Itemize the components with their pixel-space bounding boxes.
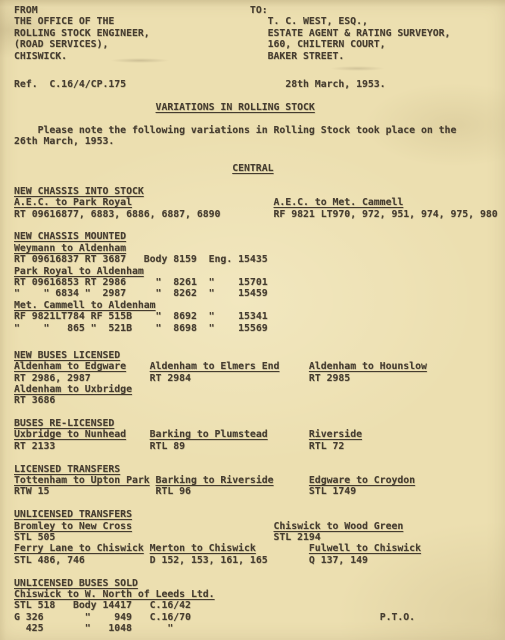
route-weymann-aldenham-text: Weymann to Aldenham [14,243,126,254]
park-royal-aldenham-row-1-col5: 15701 [238,277,268,288]
park-royal-aldenham-row-2-col3: 8262 [173,288,197,299]
blank [14,220,505,231]
licensed-transfers-fleet-numbers: RTW 15RTL 96STL 1749 [14,486,505,497]
unlicensed-transfers-routes-2-col1: Ferry Lane to Chiswick [14,543,144,554]
unlicensed-transfers-fleet-numbers-2-col1: STL 486, 746 [14,555,85,566]
park-royal-aldenham-row-2: " " 6834 " 2987"8262"15459 [14,288,505,299]
unlicensed-transfers-fleet-numbers-1-col2: STL 2194 [274,532,321,543]
unlicensed-transfers-fleet-numbers-1-col1: STL 505 [14,532,55,543]
region-central: CENTRAL [232,163,273,174]
met-cammell-aldenham-row-2-col3: 8698 [173,323,197,334]
section-new-buses-licensed: NEW BUSES LICENSED [14,350,505,361]
route-met-cammell-aldenham: Met. Cammell to Aldenham [14,300,505,311]
route-park-royal-aldenham: Park Royal to Aldenham [14,266,505,277]
blank [14,498,505,509]
unlicensed-transfers-routes-1: Bromley to New CrossChiswick to Wood Gre… [14,521,505,532]
unlicensed-transfers-routes-2-col3: Fulwell to Chiswick [309,543,421,554]
letter-title: VARIATIONS IN ROLLING STOCK [156,102,315,113]
section-licensed-transfers: LICENSED TRANSFERS [14,464,505,475]
blank [14,148,505,159]
licensed-transfers-routes-col2: Barking to Riverside [156,475,274,486]
park-royal-aldenham-row-2-col5: 15459 [238,288,268,299]
buses-sold-row-3-col2: " [85,623,91,634]
ref-number: Ref. C.16/4/CP.175 [14,79,126,90]
licensed-transfers-fleet-numbers-col1: RTW 15 [14,486,49,497]
park-royal-aldenham-row-2-col4: " [209,288,215,299]
sender-line-1: THE OFFICE OF THE [14,16,114,27]
recipient-title: ESTATE AGENT & RATING SURVEYOR, [268,28,451,39]
met-cammell-aldenham-row-2-col1: " " 865 " 521B [14,323,132,334]
buses-sold-row-1-col3: C.16/42 [150,600,191,611]
chassis-into-stock-routes-col1: A.E.C. to Park Royal [14,197,132,208]
met-cammell-aldenham-row-1-col2: " [156,311,162,322]
licensed-transfers-routes-col1: Tottenham to Upton Park [14,475,150,486]
section-unlicensed-transfers-text: UNLICENSED TRANSFERS [14,509,132,520]
blank [14,62,505,73]
aldenham-uxbridge-fleet-number-text: RT 3686 [14,395,55,406]
aldenham-uxbridge-fleet-number: RT 3686 [14,395,505,406]
met-cammell-aldenham-row-1-col5: 15341 [238,311,268,322]
buses-sold-row-2-col2: " [85,612,91,623]
chassis-into-stock-fleet-numbers-col1: RT 09616877, 6883, 6886, 6887, 6890 [14,209,220,220]
ref-date-row: Ref. C.16/4/CP.17528th March, 1953. [14,79,505,90]
unlicensed-transfers-routes-2-col2: Merton to Chiswick [150,543,256,554]
buses-sold-row-2-col4: C.16/70 [150,612,191,623]
buses-re-licensed-fleet-numbers-col2: RTL 89 [150,441,185,452]
letterhead-row-4: (ROAD SERVICES),160, CHILTERN COURT, [14,39,505,50]
recipient-address-2: BAKER STREET. [268,51,345,62]
recipient-name: T. C. WEST, ESQ., [268,16,368,27]
sender-line-2: ROLLING STOCK ENGINEER, [14,28,150,39]
met-cammell-aldenham-row-2-col4: " [209,323,215,334]
buses-sold-row-3-col4: " [167,623,173,634]
weymann-aldenham-row-col1: RT 09616837 RT 3687 [14,254,126,265]
met-cammell-aldenham-row-1-col4: " [209,311,215,322]
letterhead-row-5: CHISWICK.BAKER STREET. [14,51,505,62]
new-buses-licensed-routes: Aldenham to EdgwareAldenham to Elmers En… [14,361,505,372]
blank [14,452,505,463]
licensed-transfers-fleet-numbers-col3: STL 1749 [309,486,356,497]
buses-sold-row-2: G 326"949C.16/70P.T.O. [14,612,505,623]
buses-sold-row-1-col2: Body 14417 [73,600,132,611]
region-heading: CENTRAL [14,163,505,174]
sender-line-4: CHISWICK. [14,51,67,62]
buses-re-licensed-routes-col2: Barking to Plumstead [150,429,268,440]
from-label: FROM [14,5,38,16]
blank [14,334,505,345]
buses-sold-row-1: STL 518Body 14417C.16/42 [14,600,505,611]
blank [14,114,505,125]
chassis-into-stock-fleet-numbers-col2: RF 9821 LT970, 972, 951, 974, 975, 980 [274,209,498,220]
pto-note: P.T.O. [380,612,415,623]
unlicensed-transfers-fleet-numbers-2-col2: D 152, 153, 161, 165 [150,555,268,566]
licensed-transfers-routes: Tottenham to Upton ParkBarking to Rivers… [14,475,505,486]
section-new-chassis-into-stock-text: NEW CHASSIS INTO STOCK [14,186,144,197]
body-paragraph-line-2-text: 26th March, 1953. [14,136,114,147]
met-cammell-aldenham-row-2-col5: 15569 [238,323,268,334]
unlicensed-transfers-fleet-numbers-2: STL 486, 746D 152, 153, 161, 165Q 137, 1… [14,555,505,566]
new-buses-licensed-routes-col1: Aldenham to Edgware [14,361,126,372]
weymann-aldenham-row-col2: Body 8159 [144,254,197,265]
unlicensed-transfers-fleet-numbers-2-col3: Q 137, 149 [309,555,368,566]
buses-sold-row-2-col1: G 326 [14,612,44,623]
new-buses-licensed-fleet-numbers-col1: RT 2986, 2987 [14,373,91,384]
weymann-aldenham-row-col3: Eng. 15435 [209,254,268,265]
chassis-into-stock-fleet-numbers: RT 09616877, 6883, 6886, 6887, 6890RF 98… [14,209,505,220]
weymann-aldenham-row: RT 09616837 RT 3687Body 8159Eng. 15435 [14,254,505,265]
buses-re-licensed-routes-col1: Uxbridge to Nunhead [14,429,126,440]
park-royal-aldenham-row-2-col1: " " 6834 " 2987 [14,288,126,299]
park-royal-aldenham-row-1-col1: RT 09616853 RT 2986 [14,277,126,288]
buses-re-licensed-routes-col3: Riverside [309,429,362,440]
unlicensed-transfers-routes-2: Ferry Lane to ChiswickMerton to Chiswick… [14,543,505,554]
buses-sold-row-3-col3: 1048 [108,623,132,634]
buses-re-licensed-fleet-numbers-col1: RT 2133 [14,441,55,452]
blank [14,174,505,185]
licensed-transfers-fleet-numbers-col2: RTL 96 [156,486,191,497]
unlicensed-transfers-fleet-numbers-1: STL 505STL 2194 [14,532,505,543]
route-aldenham-uxbridge: Aldenham to Uxbridge [14,384,505,395]
route-aldenham-uxbridge-text: Aldenham to Uxbridge [14,384,132,395]
park-royal-aldenham-row-1-col3: 8261 [173,277,197,288]
body-paragraph-line-2: 26th March, 1953. [14,136,505,147]
met-cammell-aldenham-row-2-col2: " [156,323,162,334]
met-cammell-aldenham-row-1-col3: 8692 [173,311,197,322]
unlicensed-transfers-routes-1-col1: Bromley to New Cross [14,521,132,532]
new-buses-licensed-fleet-numbers-col2: RT 2984 [150,373,191,384]
chassis-into-stock-routes: A.E.C. to Park RoyalA.E.C. to Met. Camme… [14,197,505,208]
recipient-address-1: 160, CHILTERN COURT, [268,39,386,50]
buses-sold-row-1-col1: STL 518 [14,600,55,611]
letterhead-labels: FROMTO: [14,5,505,16]
new-buses-licensed-fleet-numbers-col3: RT 2985 [309,373,350,384]
buses-sold-row-3-col1: 425 [26,623,44,634]
new-buses-licensed-fleet-numbers: RT 2986, 2987RT 2984RT 2985 [14,373,505,384]
buses-re-licensed-fleet-numbers-col3: RTL 72 [309,441,344,452]
route-park-royal-aldenham-text: Park Royal to Aldenham [14,266,144,277]
letter-date: 28th March, 1953. [285,79,385,90]
blank [14,566,505,577]
section-new-chassis-into-stock: NEW CHASSIS INTO STOCK [14,186,505,197]
met-cammell-aldenham-row-1-col1: RF 9821LT784 RF 515B [14,311,132,322]
section-new-chassis-mounted: NEW CHASSIS MOUNTED [14,231,505,242]
route-chiswick-leeds-text: Chiswick to W. North of Leeds Ltd. [14,589,215,600]
section-buses-re-licensed-text: BUSES RE-LICENSED [14,418,114,429]
route-met-cammell-aldenham-text: Met. Cammell to Aldenham [14,300,156,311]
buses-sold-row-2-col3: 949 [114,612,132,623]
new-buses-licensed-routes-col3: Aldenham to Hounslow [309,361,427,372]
licensed-transfers-routes-col3: Edgware to Croydon [309,475,415,486]
body-paragraph-line-1-text: Please note the following variations in … [38,125,457,136]
section-buses-re-licensed: BUSES RE-LICENSED [14,418,505,429]
section-licensed-transfers-text: LICENSED TRANSFERS [14,464,120,475]
sender-line-3: (ROAD SERVICES), [14,39,108,50]
new-buses-licensed-routes-col2: Aldenham to Elmers End [150,361,280,372]
buses-re-licensed-fleet-numbers: RT 2133RTL 89RTL 72 [14,441,505,452]
buses-re-licensed-routes: Uxbridge to NunheadBarking to PlumsteadR… [14,429,505,440]
park-royal-aldenham-row-1-col2: " [156,277,162,288]
section-unlicensed-buses-sold: UNLICENSED BUSES SOLD [14,578,505,589]
park-royal-aldenham-row-1: RT 09616853 RT 2986"8261"15701 [14,277,505,288]
unlicensed-transfers-routes-1-col2: Chiswick to Wood Green [274,521,404,532]
blank [14,407,505,418]
route-chiswick-leeds: Chiswick to W. North of Leeds Ltd. [14,589,505,600]
to-label: TO: [250,5,268,16]
title-row: VARIATIONS IN ROLLING STOCK [14,102,505,113]
blank [14,91,505,102]
document-page: FROMTO:THE OFFICE OF THET. C. WEST, ESQ.… [0,0,505,640]
letterhead-row-2: THE OFFICE OF THET. C. WEST, ESQ., [14,16,505,27]
letterhead-row-3: ROLLING STOCK ENGINEER,ESTATE AGENT & RA… [14,28,505,39]
park-royal-aldenham-row-1-col4: " [209,277,215,288]
met-cammell-aldenham-row-1: RF 9821LT784 RF 515B"8692"15341 [14,311,505,322]
chassis-into-stock-routes-col2: A.E.C. to Met. Cammell [274,197,404,208]
section-new-chassis-mounted-text: NEW CHASSIS MOUNTED [14,231,126,242]
section-unlicensed-transfers: UNLICENSED TRANSFERS [14,509,505,520]
section-new-buses-licensed-text: NEW BUSES LICENSED [14,350,120,361]
buses-sold-row-3: 425"1048" [14,623,505,634]
body-paragraph-line-1: Please note the following variations in … [14,125,505,136]
park-royal-aldenham-row-2-col2: " [156,288,162,299]
route-weymann-aldenham: Weymann to Aldenham [14,243,505,254]
section-unlicensed-buses-sold-text: UNLICENSED BUSES SOLD [14,578,138,589]
met-cammell-aldenham-row-2: " " 865 " 521B"8698"15569 [14,323,505,334]
